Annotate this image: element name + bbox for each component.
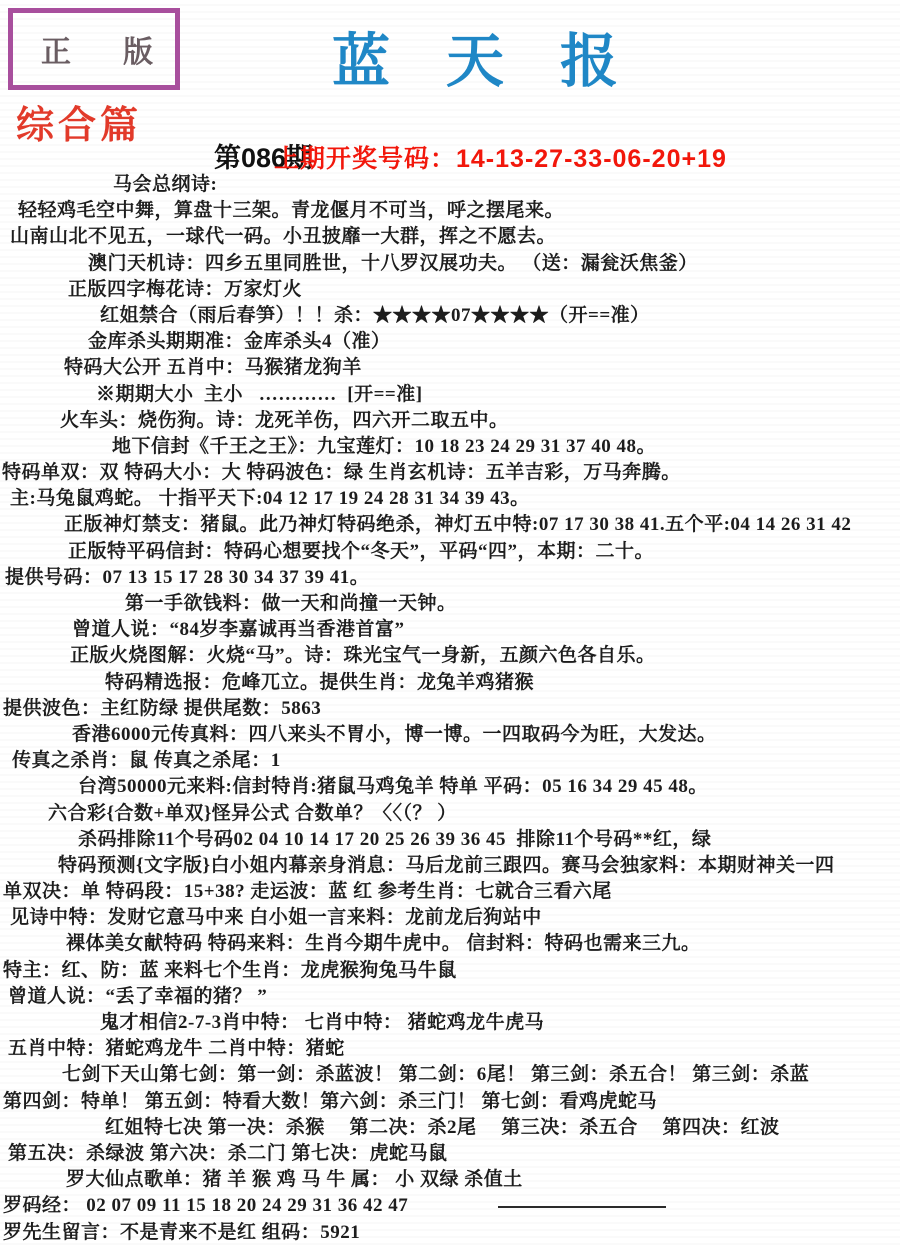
text-line: 第四剑：特单！ 第五剑：特看大数！第六剑：杀三门！ 第七剑：看鸡虎蛇马: [0, 1089, 900, 1115]
text-line: 杀码排除11个号码02 04 10 14 17 20 25 26 39 36 4…: [0, 827, 900, 853]
text-line: 裸体美女献特码 特码来料：生肖今期牛虎中。 信封料：特码也需来三九。: [0, 931, 900, 957]
section-title: 综合篇: [16, 94, 142, 149]
text-line: 地下信封《千王之王》：九宝莲灯：10 18 23 24 29 31 37 40 …: [0, 434, 900, 460]
text-line: 曾道人说：“84岁李嘉诚再当香港首富”: [0, 617, 900, 643]
text-line: 火车头：烧伤狗。诗：龙死羊伤，四六开二取五中。: [0, 408, 900, 434]
masthead-title: 蓝天报: [332, 14, 674, 98]
text-line: 马会总纲诗:: [0, 172, 900, 198]
text-line: 轻轻鸡毛空中舞，算盘十三架。青龙偃月不可当，呼之摆尾来。: [0, 198, 900, 224]
text-line: 五肖中特：猪蛇鸡龙牛 二肖中特：猪蛇: [0, 1036, 900, 1062]
text-line: 特码单双：双 特码大小：大 特码波色：绿 生肖玄机诗：五羊吉彩，万马奔腾。: [0, 460, 900, 486]
text-line: 特码大公开 五肖中：马猴猪龙狗羊: [0, 355, 900, 381]
text-line: 第五决：杀绿波 第六决：杀二门 第七决：虎蛇马鼠: [0, 1141, 900, 1167]
text-line: 澳门天机诗：四乡五里同胜世，十八罗汉展功夫。 （送：漏瓮沃焦釜）: [0, 251, 900, 277]
text-line: 山南山北不见五，一球代一码。小丑披靡一大群，挥之不愿去。: [0, 224, 900, 250]
text-line: 特主：红、防：蓝 来料七个生肖：龙虎猴狗兔马牛鼠: [0, 958, 900, 984]
text-line: 见诗中特：发财它意马中来 白小姐一言来料：龙前龙后狗站中: [0, 905, 900, 931]
text-line: 六合彩{合数+单双}怪异公式 合数单？〈〈（？ ）: [0, 801, 900, 827]
text-line: 曾道人说：“丢了幸福的猪？ ”: [0, 984, 900, 1010]
text-line: 红姐特七决 第一决：杀猴 第二决：杀2尾 第三决：杀五合 第四决：红波: [0, 1115, 900, 1141]
text-line: 提供号码：07 13 15 17 28 30 34 37 39 41。: [0, 565, 900, 591]
text-line: 罗先生留言：不是青来不是红 组码：5921: [0, 1220, 900, 1245]
text-line: 传真之杀肖：鼠 传真之杀尾：1: [0, 748, 900, 774]
text-line: 特码预测{文字版}白小姐内幕亲身消息：马后龙前三跟四。赛马会独家料：本期财神关一…: [0, 853, 900, 879]
text-line: 七剑下天山第七剑：第一剑：杀蓝波！ 第二剑：6尾！ 第三剑：杀五合！ 第三剑：杀…: [0, 1062, 900, 1088]
text-line: 主:马兔鼠鸡蛇。 十指平天下:04 12 17 19 24 28 31 34 3…: [0, 486, 900, 512]
text-line: ※期期大小 主小 ………… [开==准]: [0, 382, 900, 408]
content-lines: 马会总纲诗:轻轻鸡毛空中舞，算盘十三架。青龙偃月不可当，呼之摆尾来。山南山北不见…: [0, 172, 900, 1245]
text-line: 第一手欲钱料：做一天和尚撞一天钟。: [0, 591, 900, 617]
text-line: 罗大仙点歌单：猪 羊 猴 鸡 马 牛 属： 小 双绿 杀值土: [0, 1167, 900, 1193]
text-line: 罗码经： 02 07 09 11 15 18 20 24 29 31 36 42…: [0, 1193, 900, 1219]
stamp-label: 正版: [13, 27, 205, 71]
text-line: 特码精选报：危峰兀立。提供生肖：龙兔羊鸡猪猴: [0, 670, 900, 696]
text-line: 鬼才相信2-7-3肖中特： 七肖中特： 猪蛇鸡龙牛虎马: [0, 1010, 900, 1036]
text-line: 提供波色：主红防绿 提供尾数：5863: [0, 696, 900, 722]
page: 正版 蓝天报 综合篇 第086期 上期开奖号码：14-13-27-33-06-2…: [0, 0, 900, 1245]
text-line: 香港6000元传真料：四八来头不胃小，博一博。一四取码今为旺，大发达。: [0, 722, 900, 748]
text-line: 正版特平码信封：特码心想要找个“冬天”，平码“四”，本期：二十。: [0, 539, 900, 565]
text-line: 单双决：单 特码段：15+38? 走运波：蓝 红 参考生肖：七就合三看六尾: [0, 879, 900, 905]
text-line: 正版四字梅花诗：万家灯火: [0, 277, 900, 303]
last-draw-numbers: 上期开奖号码：14-13-27-33-06-20+19: [274, 139, 727, 175]
text-line: 红姐禁合（雨后春笋）！！杀：★★★★07★★★★（开==准）: [0, 303, 900, 329]
text-line: 金库杀头期期准：金库杀头4（准）: [0, 329, 900, 355]
underline-mark: [498, 1206, 666, 1208]
text-line: 正版火烧图解：火烧“马”。诗：珠光宝气一身新，五颜六色各自乐。: [0, 643, 900, 669]
text-line: 正版神灯禁支：猪鼠。此乃神灯特码绝杀，神灯五中特:07 17 30 38 41.…: [0, 512, 900, 538]
authentic-stamp: 正版: [8, 8, 180, 90]
text-line: 台湾50000元来料:信封特肖:猪鼠马鸡兔羊 特单 平码：05 16 34 29…: [0, 774, 900, 800]
